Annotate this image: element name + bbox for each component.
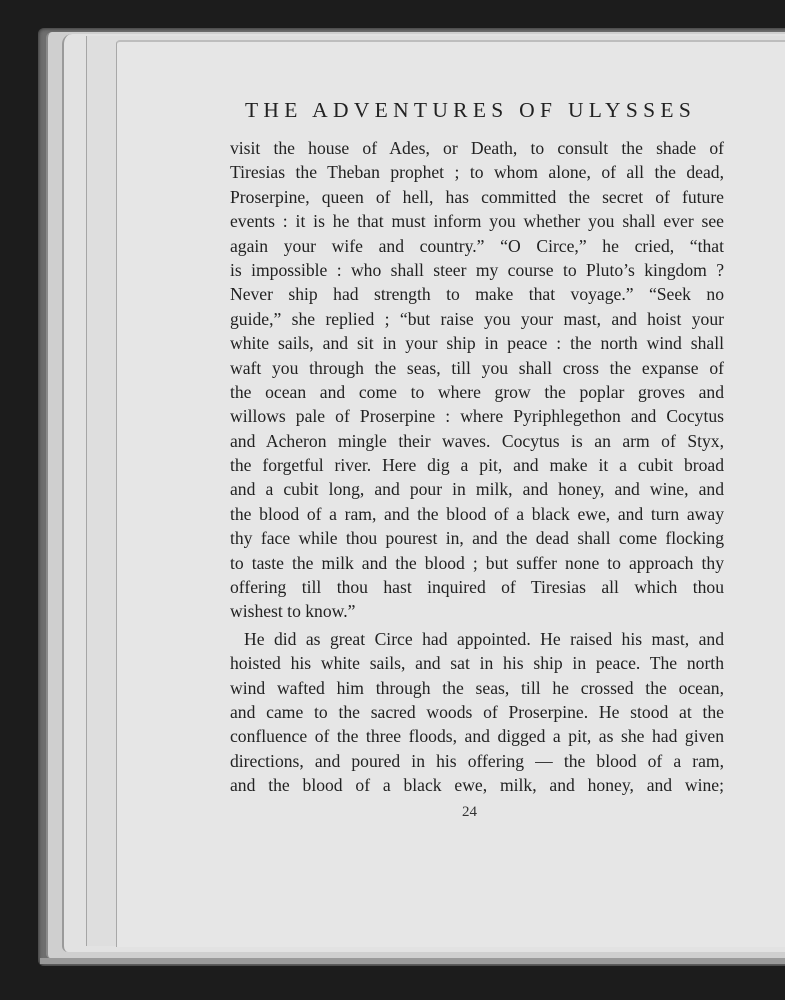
text-line: and Acheron mingle their waves. Cocytus … [230,429,724,453]
text-line: directions, and poured in his offering —… [230,749,724,773]
text-line: the blood of a ram, and the blood of a b… [230,502,724,526]
text-line: the ocean and come to where grow the pop… [230,380,724,404]
running-header: THE ADVENTURES OF ULYSSES [245,98,745,123]
page-body: visit the house of Ades, or Death, to co… [230,136,724,798]
book-bottom-edge [40,958,785,964]
text-line: Tiresias the Theban prophet ; to whom al… [230,160,724,184]
text-line: is impossible : who shall steer my cours… [230,258,724,282]
paragraph-2: He did as great Circe had appointed. He … [230,627,724,798]
text-line: Proserpine, queen of hell, has committed… [230,185,724,209]
text-line: confluence of the three floods, and digg… [230,724,724,748]
text-line: the forgetful river. Here dig a pit, and… [230,453,724,477]
text-line: events : it is he that must inform you w… [230,209,724,233]
text-line: and the blood of a black ewe, milk, and … [230,773,724,797]
text-line: and came to the sacred woods of Proserpi… [230,700,724,724]
text-line: and a cubit long, and pour in milk, and … [230,477,724,501]
text-line: hoisted his white sails, and sat in his … [230,651,724,675]
text-line: thy face while thou pourest in, and the … [230,526,724,550]
text-line: waft you through the seas, till you shal… [230,356,724,380]
text-line: white sails, and sit in your ship in pea… [230,331,724,355]
text-line: willows pale of Proserpine : where Pyrip… [230,404,724,428]
page-number: 24 [462,804,477,821]
paragraph-1: visit the house of Ades, or Death, to co… [230,136,724,624]
text-line: Never ship had strength to make that voy… [230,282,724,306]
text-line: offering till thou hast inquired of Tire… [230,575,724,599]
text-line: again your wife and country.” “O Circe,”… [230,234,724,258]
text-line: He did as great Circe had appointed. He … [230,627,724,651]
text-line: wind wafted him through the seas, till h… [230,676,724,700]
text-line: guide,” she replied ; “but raise you you… [230,307,724,331]
text-line: to taste the milk and the blood ; but su… [230,551,724,575]
text-line: wishest to know.” [230,599,724,623]
text-line: visit the house of Ades, or Death, to co… [230,136,724,160]
